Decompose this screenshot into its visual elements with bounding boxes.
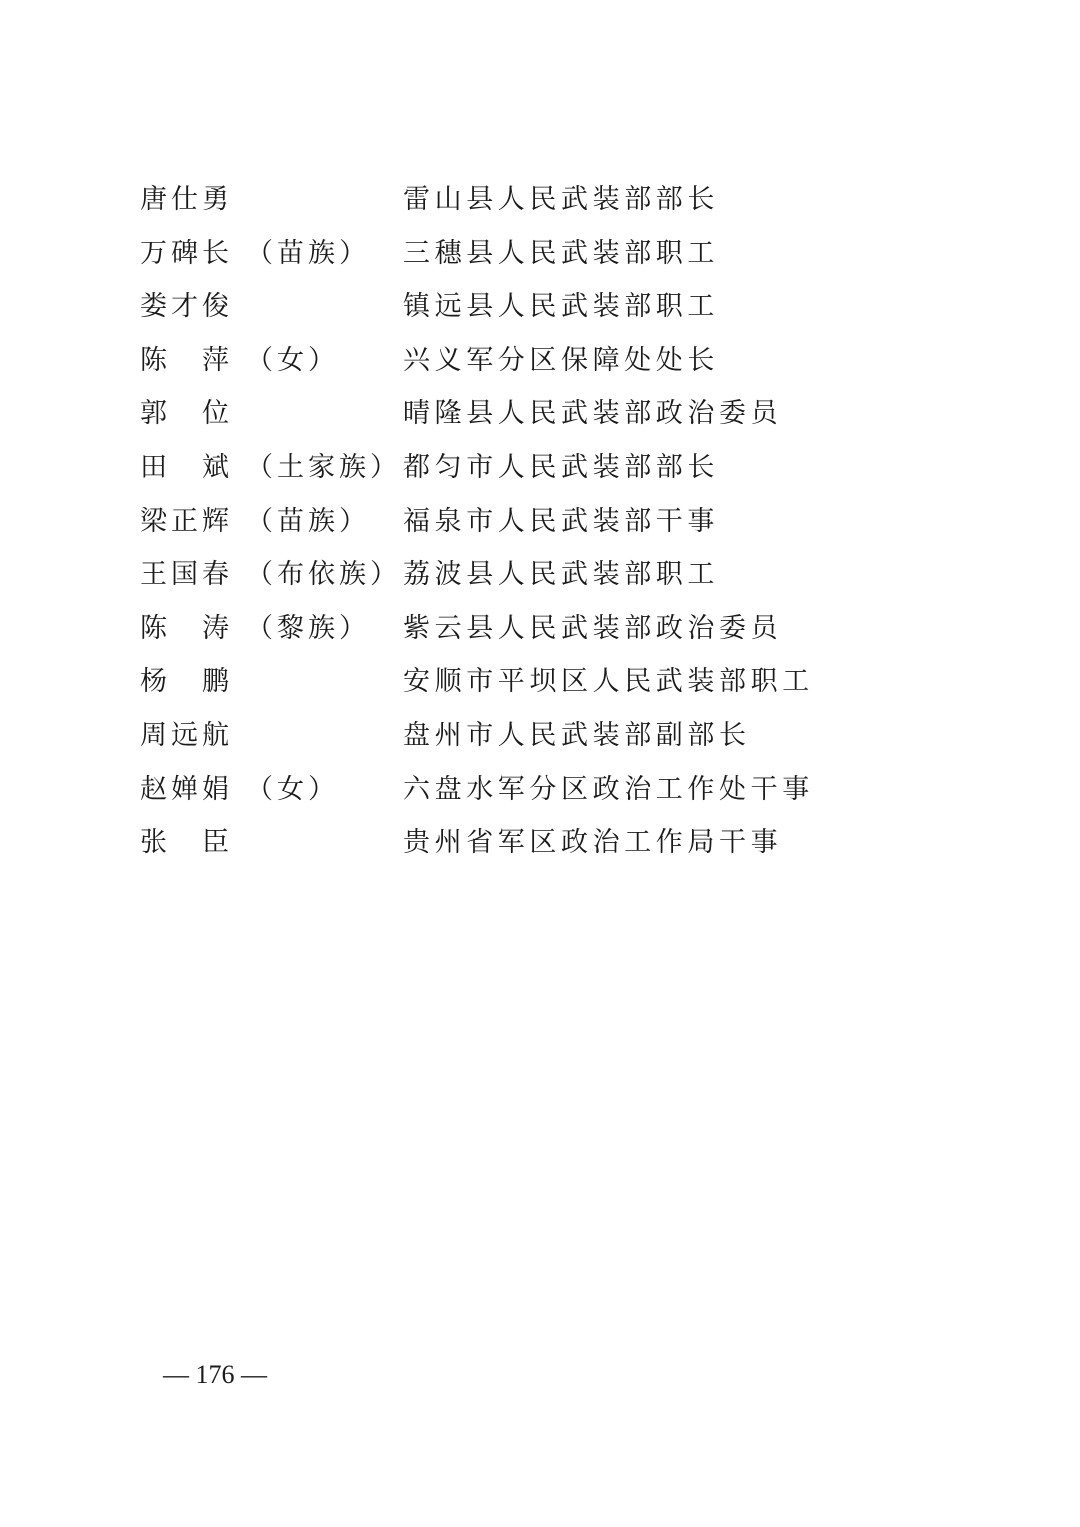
person-title: 贵州省军区政治工作局干事 (403, 821, 782, 865)
person-name: 郭 位 (140, 392, 233, 436)
person-note: （苗族） (246, 232, 370, 276)
person-name: 周远航 (140, 714, 233, 758)
list-item: 梁正辉 （苗族） 福泉市人民武装部干事 (140, 500, 940, 554)
list-item: 万碑长 （苗族） 三穗县人民武装部职工 (140, 232, 940, 286)
page-number: — 176 — (163, 1357, 267, 1393)
person-title: 福泉市人民武装部干事 (403, 500, 719, 544)
document-page: 唐仕勇 雷山县人民武装部部长 万碑长 （苗族） 三穗县人民武装部职工 娄才俊 镇… (0, 0, 1080, 1527)
person-note: （布依族） (246, 553, 401, 597)
person-note: （黎族） (246, 607, 370, 651)
person-name: 陈 萍 (140, 339, 233, 383)
person-title: 镇远县人民武装部职工 (403, 285, 719, 329)
person-name: 赵婵娟 (140, 768, 233, 812)
list-item: 王国春 （布依族） 荔波县人民武装部职工 (140, 553, 940, 607)
list-item: 陈 涛 （黎族） 紫云县人民武装部政治委员 (140, 607, 940, 661)
person-note: （苗族） (246, 500, 370, 544)
person-name: 杨 鹏 (140, 660, 233, 704)
person-name: 唐仕勇 (140, 178, 233, 222)
person-name: 陈 涛 (140, 607, 233, 651)
list-item: 田 斌 （土家族） 都匀市人民武装部部长 (140, 446, 940, 500)
list-item: 娄才俊 镇远县人民武装部职工 (140, 285, 940, 339)
person-note: （女） (246, 768, 339, 812)
person-name: 王国春 (140, 553, 233, 597)
person-title: 兴义军分区保障处处长 (403, 339, 719, 383)
person-title: 安顺市平坝区人民武装部职工 (403, 660, 814, 704)
person-name: 田 斌 (140, 446, 233, 490)
list-item: 陈 萍 （女） 兴义军分区保障处处长 (140, 339, 940, 393)
list-item: 赵婵娟 （女） 六盘水军分区政治工作处干事 (140, 768, 940, 822)
person-title: 雷山县人民武装部部长 (403, 178, 719, 222)
person-name: 万碑长 (140, 232, 233, 276)
person-title: 紫云县人民武装部政治委员 (403, 607, 782, 651)
list-item: 郭 位 晴隆县人民武装部政治委员 (140, 392, 940, 446)
person-title: 盘州市人民武装部副部长 (403, 714, 751, 758)
person-title: 晴隆县人民武装部政治委员 (403, 392, 782, 436)
person-title: 三穗县人民武装部职工 (403, 232, 719, 276)
person-note: （女） (246, 339, 339, 383)
person-name: 娄才俊 (140, 285, 233, 329)
person-title: 都匀市人民武装部部长 (403, 446, 719, 490)
person-note: （土家族） (246, 446, 401, 490)
list-item: 杨 鹏 安顺市平坝区人民武装部职工 (140, 660, 940, 714)
person-name: 梁正辉 (140, 500, 233, 544)
list-item: 唐仕勇 雷山县人民武装部部长 (140, 178, 940, 232)
honoree-list: 唐仕勇 雷山县人民武装部部长 万碑长 （苗族） 三穗县人民武装部职工 娄才俊 镇… (140, 178, 940, 875)
person-name: 张 臣 (140, 821, 233, 865)
person-title: 六盘水军分区政治工作处干事 (403, 768, 814, 812)
list-item: 张 臣 贵州省军区政治工作局干事 (140, 821, 940, 875)
person-title: 荔波县人民武装部职工 (403, 553, 719, 597)
list-item: 周远航 盘州市人民武装部副部长 (140, 714, 940, 768)
